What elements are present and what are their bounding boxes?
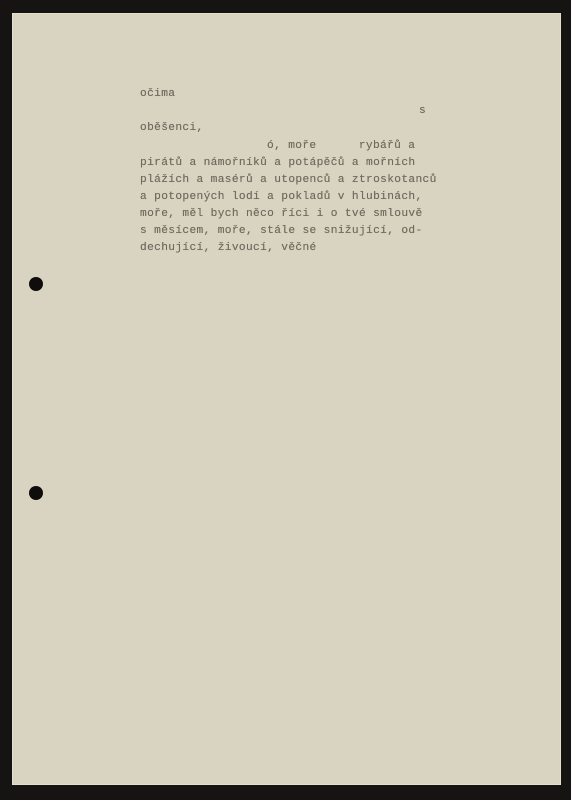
text-line-8: moře, měl bych něco říci i o tvé smlouvě bbox=[140, 207, 423, 221]
text-line-7: a potopených lodí a pokladů v hlubinách, bbox=[140, 190, 423, 204]
text-line-3: oběšenci, bbox=[140, 121, 204, 135]
text-line-9: s měsícem, moře, stále se snižující, od- bbox=[140, 224, 423, 238]
punch-hole-top bbox=[29, 277, 43, 291]
text-line-6: plážích a masérů a utopenců a ztroskotan… bbox=[140, 173, 437, 187]
text-line-5: pirátů a námořníků a potápěčů a mořních bbox=[140, 156, 415, 170]
text-line-2: s bbox=[419, 104, 426, 118]
text-line-1: očima bbox=[140, 87, 175, 101]
text-line-4: ó, moře rybářů a bbox=[267, 139, 415, 153]
text-line-10: dechující, živoucí, věčné bbox=[140, 241, 317, 255]
punch-hole-bottom bbox=[29, 486, 43, 500]
paper-page: očima s oběšenci, ó, moře rybářů a pirát… bbox=[12, 13, 561, 785]
